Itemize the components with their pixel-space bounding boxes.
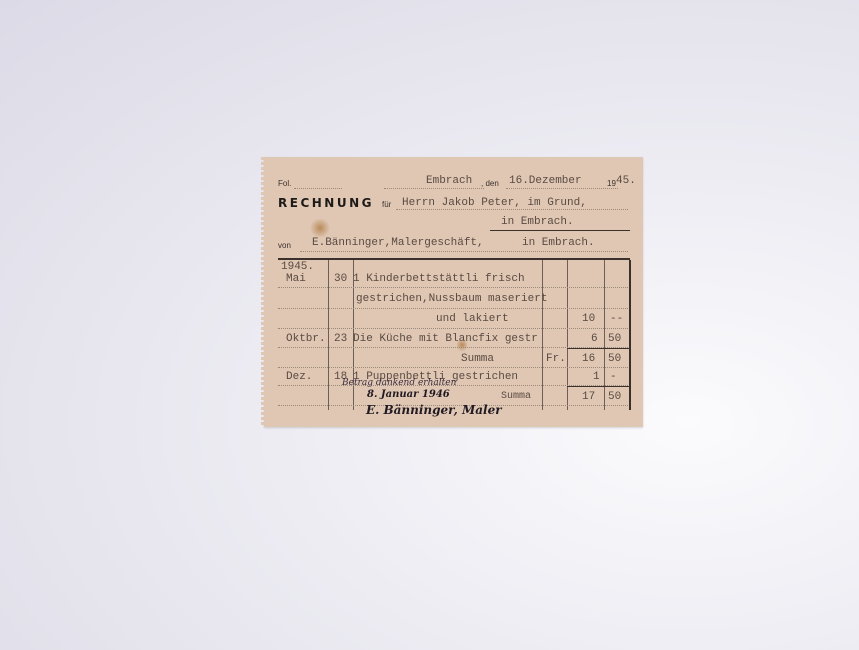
row-rappen: - (610, 371, 617, 383)
place: Embrach (426, 175, 472, 187)
handwritten-date: 8. Januar 1946 (367, 389, 450, 400)
row-text: gestrichen,Nussbaum maseriert (356, 293, 547, 305)
row-francs: 17 (582, 391, 595, 403)
row-text: 1 Kinderbettstättli frisch (353, 273, 525, 285)
row-text: Summa (501, 391, 531, 402)
row-rappen: 50 (608, 391, 621, 403)
row-text: Die Küche mit Blancfix gestr (353, 333, 538, 345)
row-day: 23 (334, 333, 347, 345)
invoice-title: RECHNUNG (278, 196, 374, 210)
row-francs: 1 (593, 371, 600, 383)
invoice-paper: Fol. Embrach , den 16.Dezember 19 45. RE… (264, 157, 643, 427)
handwritten-received: Betrag dankend erhalten (342, 378, 456, 388)
row-rappen: 50 (608, 333, 621, 345)
row-rappen: -- (610, 313, 623, 325)
signature: E. Bänninger, Maler (366, 403, 502, 417)
recipient-line1: Herrn Jakob Peter, im Grund, (402, 197, 587, 209)
row-text: und lakiert (436, 313, 509, 325)
sender-place: in Embrach. (522, 237, 595, 249)
row-francs: 10 (582, 313, 595, 325)
year-row: 1945. (281, 261, 314, 273)
row-rappen: 50 (608, 353, 621, 365)
year-prefix: 19 (607, 179, 616, 188)
row-day: 30 (334, 273, 347, 285)
date: 16.Dezember (509, 175, 582, 187)
sender: E.Bänninger,Malergeschäft, (312, 237, 484, 249)
stain (309, 219, 331, 237)
fol-label: Fol. (278, 179, 291, 188)
row-francs: 16 (582, 353, 595, 365)
von-label: von (278, 241, 291, 250)
row-text: Summa (461, 353, 494, 365)
table-top-rule (278, 258, 630, 260)
row-month: Mai (286, 273, 306, 285)
year-suffix: 45. (616, 175, 636, 187)
recipient-line2: in Embrach. (501, 216, 574, 228)
fuer-label: für (382, 200, 391, 209)
den-label: , den (481, 179, 499, 188)
row-month: Oktbr. (286, 333, 326, 345)
row-currency: Fr. (546, 353, 566, 365)
row-francs: 6 (591, 333, 598, 345)
row-month: Dez. (286, 371, 312, 383)
